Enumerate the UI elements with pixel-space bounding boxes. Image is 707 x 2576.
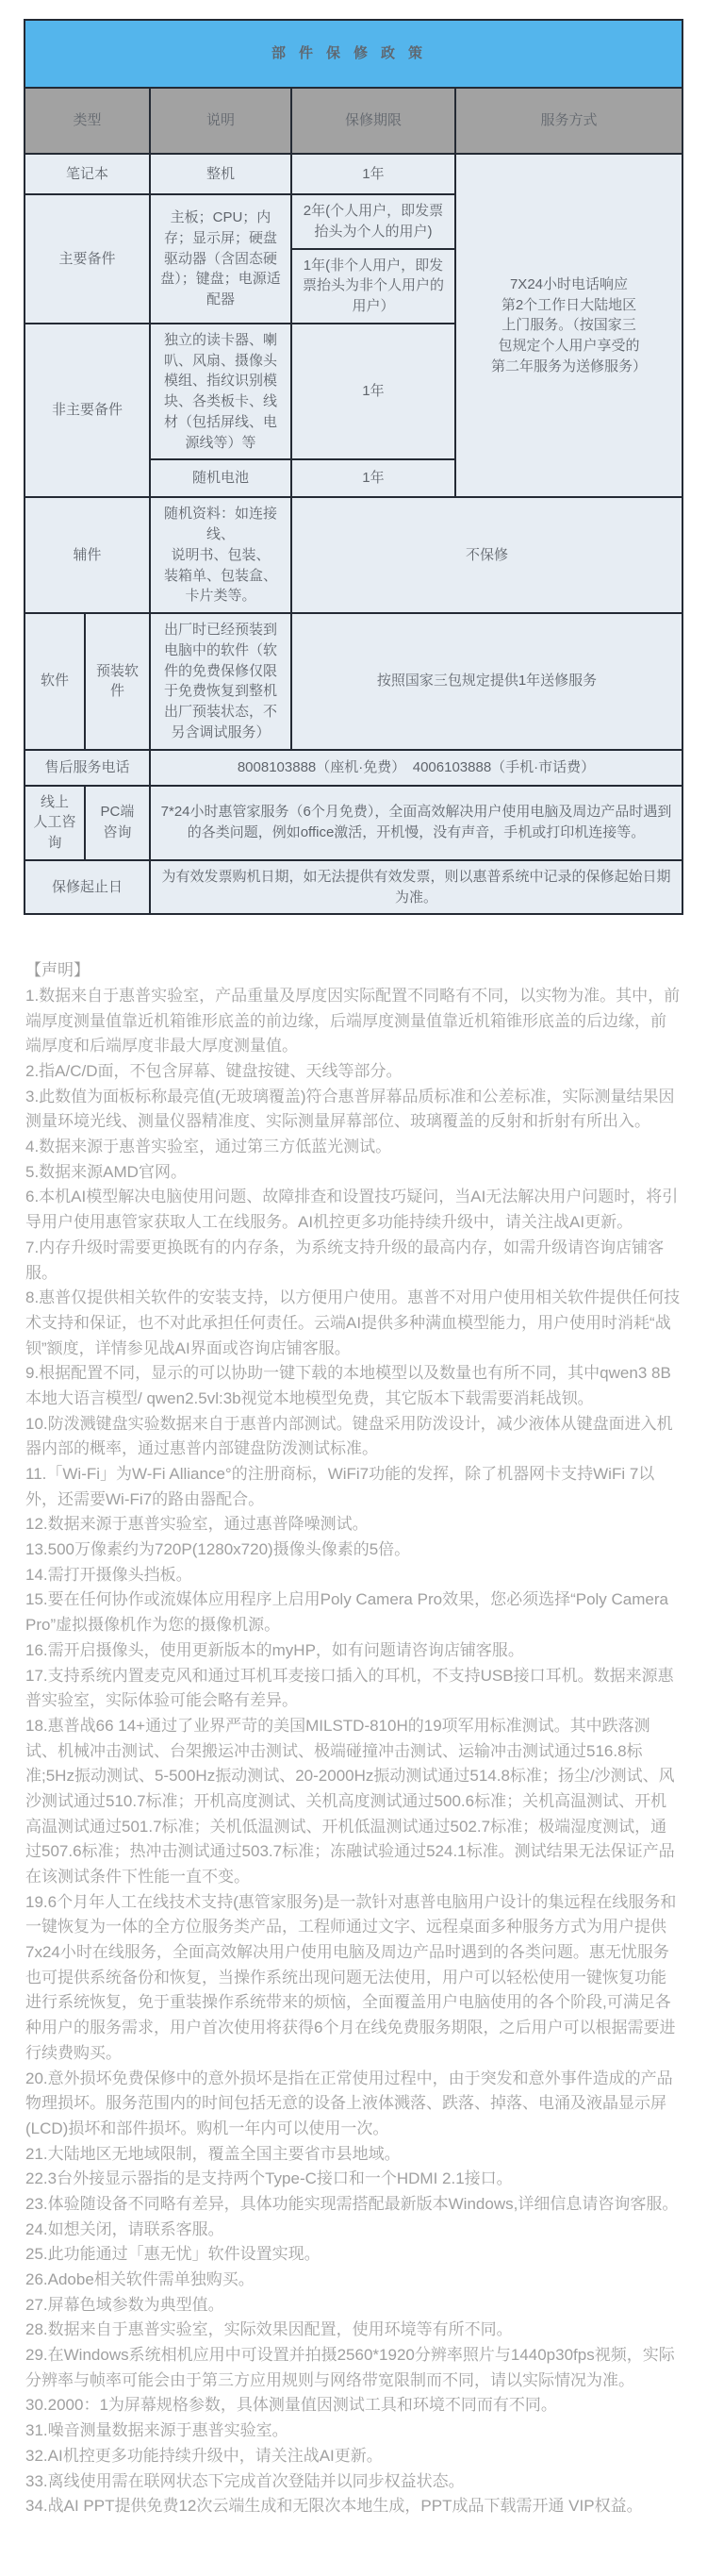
- cell-hotline-label: 售后服务电话: [25, 750, 150, 786]
- column-header-period: 保修期限: [291, 88, 455, 154]
- disclaimer-item: 33.离线使用需在联网状态下完成首次登陆并以同步权益状态。: [25, 2469, 682, 2495]
- cell-warranty-date-value: 为有效发票购机日期，如无法提供有效发票，则以惠普系统中记录的保修起始日期为准。: [150, 860, 682, 915]
- cell-warranty-date-label: 保修起止日: [25, 860, 150, 915]
- table-row: 线上 人工咨询 PC端 咨询 7*24小时惠管家服务（6个月免费），全面高效解决…: [25, 786, 682, 860]
- cell-major-period-personal: 2年(个人用户，即发票抬头为个人的用户): [291, 194, 455, 249]
- disclaimer-item: 27.屏幕色域参数为典型值。: [25, 2293, 682, 2318]
- disclaimer-item: 24.如想关闭，请联系客服。: [25, 2218, 682, 2243]
- cell-notebook-type: 笔记本: [25, 154, 150, 194]
- disclaimer-item: 12.数据来源于惠普实验室，通过惠普降噪测试。: [25, 1512, 682, 1537]
- cell-hotline-value: 8008103888（座机·免费） 4006103888（手机·市话费）: [150, 750, 682, 786]
- disclaimer-item: 32.AI机控更多功能持续升级中，请关注战AI更新。: [25, 2444, 682, 2469]
- cell-online-value: 7*24小时惠管家服务（6个月免费），全面高效解决用户使用电脑及周边产品时遇到的…: [150, 786, 682, 860]
- cell-service-main: 7X24小时电话响应 第2个工作日大陆地区 上门服务。（按国家三 包规定个人用户…: [455, 154, 682, 497]
- disclaimer-item: 19.6个月年人工在线技术支持(惠管家服务)是一款针对惠普电脑用户设计的集远程在…: [25, 1890, 682, 2067]
- disclaimer-item: 10.防泼溅键盘实验数据来自于惠普内部测试。键盘采用防泼设计，减少液体从键盘面进…: [25, 1412, 682, 1462]
- table-row: 保修起止日 为有效发票购机日期，如无法提供有效发票，则以惠普系统中记录的保修起始…: [25, 860, 682, 915]
- disclaimer-item: 5.数据来源AMD官网。: [25, 1160, 682, 1186]
- warranty-policy-page: 部件保修政策 类型 说明 保修期限 服务方式 笔记本 整机 1年 7X24小时电…: [0, 0, 707, 2576]
- disclaimer-item: 22.3台外接显示器指的是支持两个Type-C接口和一个HDMI 2.1接口。: [25, 2167, 682, 2192]
- disclaimer-item: 14.需打开摄像头挡板。: [25, 1563, 682, 1588]
- disclaimer-item: 18.惠普战66 14+通过了业界严苛的美国MILSTD-810H的19项军用标…: [25, 1714, 682, 1890]
- cell-major-period-nonpersonal: 1年(非个人用户，即发票抬头为非个人用户的用户）: [291, 249, 455, 324]
- cell-battery-desc: 随机电池: [150, 459, 291, 497]
- warranty-policy-table: 部件保修政策 类型 说明 保修期限 服务方式 笔记本 整机 1年 7X24小时电…: [24, 19, 683, 915]
- disclaimer-item: 21.大陆地区无地域限制，覆盖全国主要省市县地域。: [25, 2142, 682, 2168]
- disclaimer-item: 6.本机AI模型解决电脑使用问题、故障排查和设置技巧疑问，当AI无法解决用户问题…: [25, 1185, 682, 1235]
- disclaimer-item: 11.「Wi-Fi」为W-Fi Alliance°的注册商标，WiFi7功能的发…: [25, 1462, 682, 1512]
- cell-notebook-desc: 整机: [150, 154, 291, 194]
- disclaimer-item: 29.在Windows系统相机应用中可设置并拍摄2560*1920分辨率照片与1…: [25, 2343, 682, 2393]
- cell-battery-period: 1年: [291, 459, 455, 497]
- disclaimer-item: 13.500万像素约为720P(1280x720)摄像头像素的5倍。: [25, 1537, 682, 1563]
- disclaimer-item: 31.噪音测量数据来源于惠普实验室。: [25, 2418, 682, 2444]
- column-header-service: 服务方式: [455, 88, 682, 154]
- disclaimer-item: 20.意外损坏免费保修中的意外损坏是指在正常使用过程中，由于突发和意外事件造成的…: [25, 2067, 682, 2142]
- cell-accessory-service: 不保修: [291, 497, 682, 613]
- disclaimer-item: 9.根据配置不同，显示的可以协助一键下载的本地模型以及数量也有所不同，其中qwe…: [25, 1361, 682, 1411]
- cell-software-service: 按照国家三包规定提供1年送修服务: [291, 613, 682, 750]
- disclaimer-item: 25.此功能通过「惠无忧」软件设置实现。: [25, 2242, 682, 2268]
- disclaimer-item: 26.Adobe相关软件需单独购买。: [25, 2268, 682, 2293]
- disclaimer-item: 15.要在任何协作或流媒体应用程序上启用Poly Camera Pro效果，您必…: [25, 1587, 682, 1637]
- disclaimer-item: 8.惠普仅提供相关软件的安装支持，以方便用户使用。惠普不对用户使用相关软件提供任…: [25, 1286, 682, 1361]
- disclaimer-item: 28.数据来自于惠普实验室，实际效果因配置，使用环境等有所不同。: [25, 2318, 682, 2343]
- page-title: 部件保修政策: [25, 20, 682, 88]
- disclaimer-title: 【声明】: [25, 958, 682, 984]
- cell-minor-type: 非主要备件: [25, 324, 150, 498]
- disclaimer-item: 30.2000：1为屏幕规格参数，具体测量值因测试工具和环境不同而有不同。: [25, 2393, 682, 2418]
- cell-notebook-period: 1年: [291, 154, 455, 194]
- disclaimer-section: 【声明】 1.数据来自于惠普实验室，产品重量及厚度因实际配置不同略有不同，以实物…: [25, 958, 682, 2576]
- cell-major-desc: 主板；CPU；内存；显示屏；硬盘驱动器（含固态硬盘）；键盘；电源适配器: [150, 194, 291, 324]
- table-row: 售后服务电话 8008103888（座机·免费） 4006103888（手机·市…: [25, 750, 682, 786]
- disclaimer-list: 1.数据来自于惠普实验室，产品重量及厚度因实际配置不同略有不同，以实物为准。其中…: [25, 984, 682, 2519]
- disclaimer-item: 1.数据来自于惠普实验室，产品重量及厚度因实际配置不同略有不同，以实物为准。其中…: [25, 984, 682, 1059]
- cell-online-sublabel: PC端 咨询: [85, 786, 150, 860]
- disclaimer-item: 7.内存升级时需要更换既有的内存条，为系统支持升级的最高内存，如需升级请咨询店铺…: [25, 1236, 682, 1286]
- cell-software-subtype: 预装软件: [85, 613, 150, 750]
- disclaimer-item: 2.指A/C/D面，不包含屏幕、键盘按键、天线等部分。: [25, 1059, 682, 1085]
- cell-accessory-desc: 随机资料：如连接线、 说明书、包装、 装箱单、包装盒、 卡片类等。: [150, 497, 291, 613]
- cell-online-label: 线上 人工咨询: [25, 786, 85, 860]
- cell-software-desc: 出厂时已经预装到电脑中的软件（软件的免费保修仅限于免费恢复到整机出厂预装状态，不…: [150, 613, 291, 750]
- cell-major-type: 主要备件: [25, 194, 150, 324]
- disclaimer-item: 4.数据来源于惠普实验室，通过第三方低蓝光测试。: [25, 1135, 682, 1160]
- cell-accessory-type: 辅件: [25, 497, 150, 613]
- cell-software-type: 软件: [25, 613, 85, 750]
- disclaimer-item: 17.支持系统内置麦克风和通过耳机耳麦接口插入的耳机，不支持USB接口耳机。数据…: [25, 1664, 682, 1714]
- disclaimer-item: 3.此数值为面板标称最亮值(无玻璃覆盖)符合惠普屏幕品质标准和公差标准，实际测量…: [25, 1085, 682, 1135]
- table-row: 软件 预装软件 出厂时已经预装到电脑中的软件（软件的免费保修仅限于免费恢复到整机…: [25, 613, 682, 750]
- disclaimer-item: 34.战AI PPT提供免费12次云端生成和无限次本地生成，PPT成品下载需开通…: [25, 2494, 682, 2519]
- table-row: 辅件 随机资料：如连接线、 说明书、包装、 装箱单、包装盒、 卡片类等。 不保修: [25, 497, 682, 613]
- table-header-row: 类型 说明 保修期限 服务方式: [25, 88, 682, 154]
- column-header-desc: 说明: [150, 88, 291, 154]
- cell-minor-desc: 独立的读卡器、喇叭、风扇、摄像头模组、指纹识别模块、各类板卡、线材（包括屏线、电…: [150, 324, 291, 460]
- table-row: 笔记本 整机 1年 7X24小时电话响应 第2个工作日大陆地区 上门服务。（按国…: [25, 154, 682, 194]
- column-header-type: 类型: [25, 88, 150, 154]
- disclaimer-item: 23.体验随设备不同略有差异，具体功能实现需搭配最新版本Windows,详细信息…: [25, 2192, 682, 2218]
- disclaimer-item: 16.需开启摄像头，使用更新版本的myHP，如有问题请咨询店铺客服。: [25, 1638, 682, 1664]
- cell-minor-period: 1年: [291, 324, 455, 460]
